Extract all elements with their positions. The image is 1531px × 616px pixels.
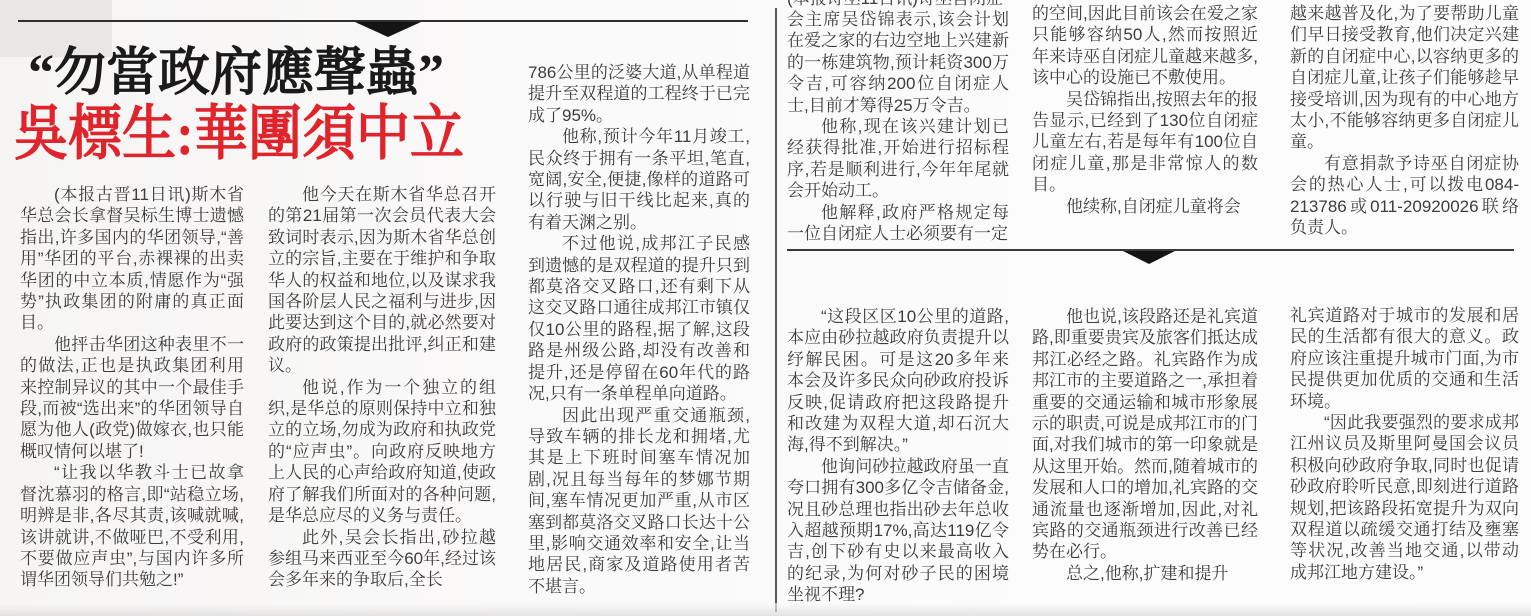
- headline-black: “勿當政府應聲蟲”: [28, 44, 444, 104]
- paragraph: 越来越普及化,为了要帮助儿童们早日接受教育,他们决定兴建新的自闭症中心,以容纳更…: [1290, 3, 1519, 153]
- paragraph: 他今天在斯木省华总召开的第21届第一次会员代表大会致词时表示,因为斯木省华总创立…: [268, 184, 496, 377]
- paragraph: “因此我要强烈的要求成邦江州议员及斯里阿曼国会议员积极向砂政府争取,同时也促请砂…: [1290, 412, 1519, 583]
- down-arrow-icon: [1123, 251, 1175, 264]
- column-5-bottom: 他也说,该段路还是礼宾道路,即重要贵宾及旅客们抵达成邦江必经之路。礼宾路作为成邦…: [1032, 306, 1258, 584]
- down-arrow-icon: [355, 22, 421, 37]
- paragraph: “让我以华教斗士已故拿督沈慕羽的格言,即“站稳立场,明辨是非,各尽其责,该喊就喊…: [20, 462, 244, 590]
- column-3: 786公里的泛婆大道,从单程道提升至双程道的工程终于已完成了95%。他称,预计今…: [528, 62, 750, 597]
- paragraph: 礼宾道路对于城市的发展和居民的生活都有很大的意义。政府应该注重提升城市门面,为市…: [1290, 305, 1519, 412]
- headline-red: 吳標生:華團須中立: [14, 102, 464, 167]
- vertical-column-rule: [775, 8, 777, 612]
- column-4-top: (本报诗巫11日讯)诗巫自闭症 会主席吴岱锦表示,该会计划在爱之家的右边空地上兴…: [787, 0, 1009, 244]
- column-1: (本报古晋11日讯)斯木省华总会长拿督吴标生博士遗憾指出,许多国内的华团领导,“…: [20, 184, 244, 591]
- paragraph: 他续称,自闭症儿童将会: [1032, 196, 1258, 217]
- paragraph: 因此出现严重交通瓶颈,导致车辆的排长龙和拥堵,尤其是上下班时间塞车情况加剧,况且…: [528, 405, 750, 598]
- paragraph: 此外,吴会长指出,砂拉越参组马来西亚至今60年,经过该会多年来的争取后,全长: [268, 527, 496, 591]
- paragraph: 的空间,因此目前该会在爱之家只能够容纳50人,然而按照近年来诗巫自闭症儿童越来越…: [1032, 3, 1258, 89]
- paragraph: 他询问砂拉越政府虽一直夸口拥有300多亿令吉储备金,况且砂总理也指出砂去年总收入…: [787, 456, 1009, 606]
- paragraph: 他也说,该段路还是礼宾道路,即重要贵宾及旅客们抵达成邦江必经之路。礼宾路作为成邦…: [1032, 306, 1258, 563]
- column-2: 他今天在斯木省华总召开的第21届第一次会员代表大会致词时表示,因为斯木省华总创立…: [268, 184, 496, 591]
- paragraph: 总之,他称,扩建和提升: [1032, 563, 1258, 584]
- paragraph: “这段区区10公里的道路,本应由砂拉越政府负责提升以纾解民困。可是这20多年来本…: [787, 306, 1009, 456]
- newspaper-page: “勿當政府應聲蟲” 吳標生:華團須中立 (本报古晋11日讯)斯木省华总会长拿督吴…: [0, 0, 1531, 616]
- paragraph: 他解释,政府严格规定每一位自闭症人士必须要有一定: [787, 202, 1009, 245]
- partial-paragraph: (本报诗巫11日讯)诗巫自闭症: [787, 0, 1009, 9]
- paragraph: 有意捐款予诗巫自闭症协会的热心人士,可以拨电084-213786或011-209…: [1290, 153, 1519, 239]
- paragraph: 会主席吴岱锦表示,该会计划在爱之家的右边空地上兴建新的一栋建筑物,预计耗资300…: [787, 9, 1009, 116]
- paragraph: 不过他说,成邦江子民感到遗憾的是双程道的提升只到都莫洛交叉路口,还有剩下从这交叉…: [528, 233, 750, 404]
- paragraph: (本报古晋11日讯)斯木省华总会长拿督吴标生博士遗憾指出,许多国内的华团领导,“…: [20, 184, 244, 334]
- column-6-bottom: 礼宾道路对于城市的发展和居民的生活都有很大的意义。政府应该注重提升城市门面,为市…: [1290, 305, 1519, 583]
- scan-bottom-shadow: [0, 603, 1531, 616]
- paragraph: 吴岱锦指出,按照去年的报告显示,已经到了130位自闭症儿童左右,若是每年有100…: [1032, 89, 1258, 196]
- column-4-bottom: “这段区区10公里的道路,本应由砂拉越政府负责提升以纾解民困。可是这20多年来本…: [787, 306, 1009, 606]
- paragraph: 他说,作为一个独立的组织,是华总的原则保持中立和独立的立场,勿成为政府和执政党的…: [268, 377, 496, 527]
- paragraph: 他称,现在该兴建计划已经获得批准,开始进行招标程序,若是顺利进行,今年年尾就会开…: [787, 116, 1009, 202]
- paragraph: 786公里的泛婆大道,从单程道提升至双程道的工程终于已完成了95%。: [528, 62, 750, 126]
- column-6-top: 越来越普及化,为了要帮助儿童们早日接受教育,他们决定兴建新的自闭症中心,以容纳更…: [1290, 3, 1519, 238]
- column-5-top: 的空间,因此目前该会在爱之家只能够容纳50人,然而按照近年来诗巫自闭症儿童越来越…: [1032, 3, 1258, 217]
- paragraph: 他抨击华团这种表里不一的做法,正也是执政集团利用来控制异议的其中一个最佳手段,而…: [20, 334, 244, 462]
- clipped-top-line: (本报诗巫11日讯)诗巫自闭症: [787, 0, 1009, 9]
- paragraph: 他称,预计今年11月竣工,民众终于拥有一条平坦,笔直,宽阔,安全,便捷,像样的道…: [528, 126, 750, 233]
